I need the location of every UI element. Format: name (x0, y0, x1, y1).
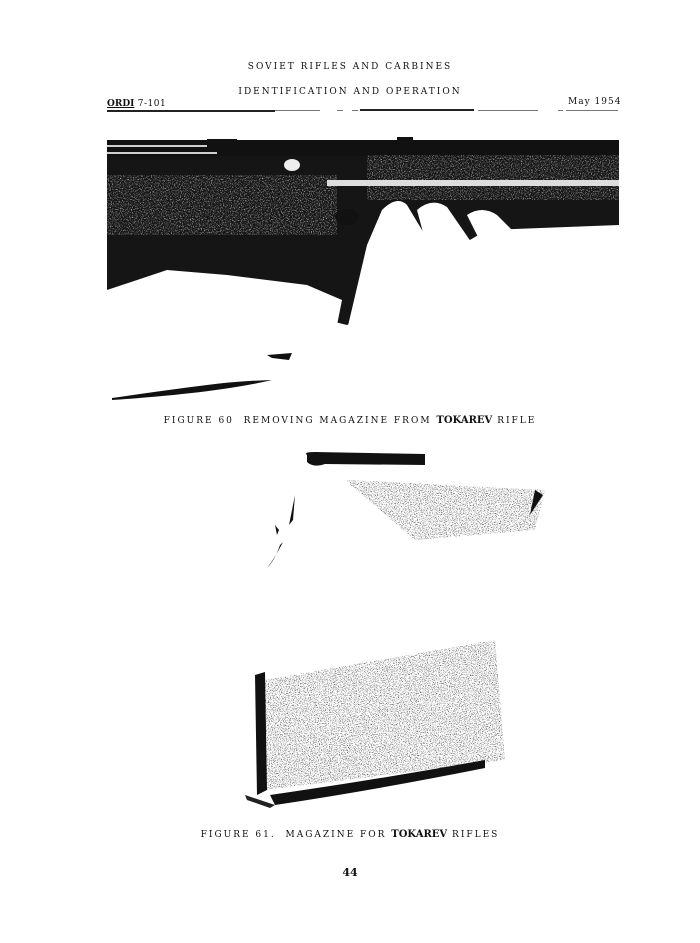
figure-60-caption: FIGURE 60 REMOVING MAGAZINE FROM TOKAREV… (0, 415, 700, 426)
figure-61-photo (235, 450, 550, 810)
document-id-number: 7-101 (138, 99, 166, 109)
figure-60-photo (107, 135, 619, 400)
header-rule (566, 110, 618, 111)
header-rule (478, 110, 538, 111)
header-rule (107, 110, 275, 112)
document-id: ORDI 7-101 (107, 99, 166, 109)
document-title: SOVIET RIFLES AND CARBINES (0, 62, 700, 72)
figure-61-caption: FIGURE 61. MAGAZINE FOR TOKAREV RIFLES (0, 829, 700, 840)
header-rule (558, 110, 563, 111)
header-rule (337, 110, 343, 111)
header-rule (352, 110, 358, 111)
document-id-prefix: ORDI (107, 99, 134, 109)
header-rule (275, 110, 320, 111)
page-number: 44 (0, 866, 700, 879)
document-date: May 1954 (568, 97, 621, 107)
header-rule (360, 109, 474, 111)
document-subtitle: IDENTIFICATION AND OPERATION (0, 87, 700, 97)
